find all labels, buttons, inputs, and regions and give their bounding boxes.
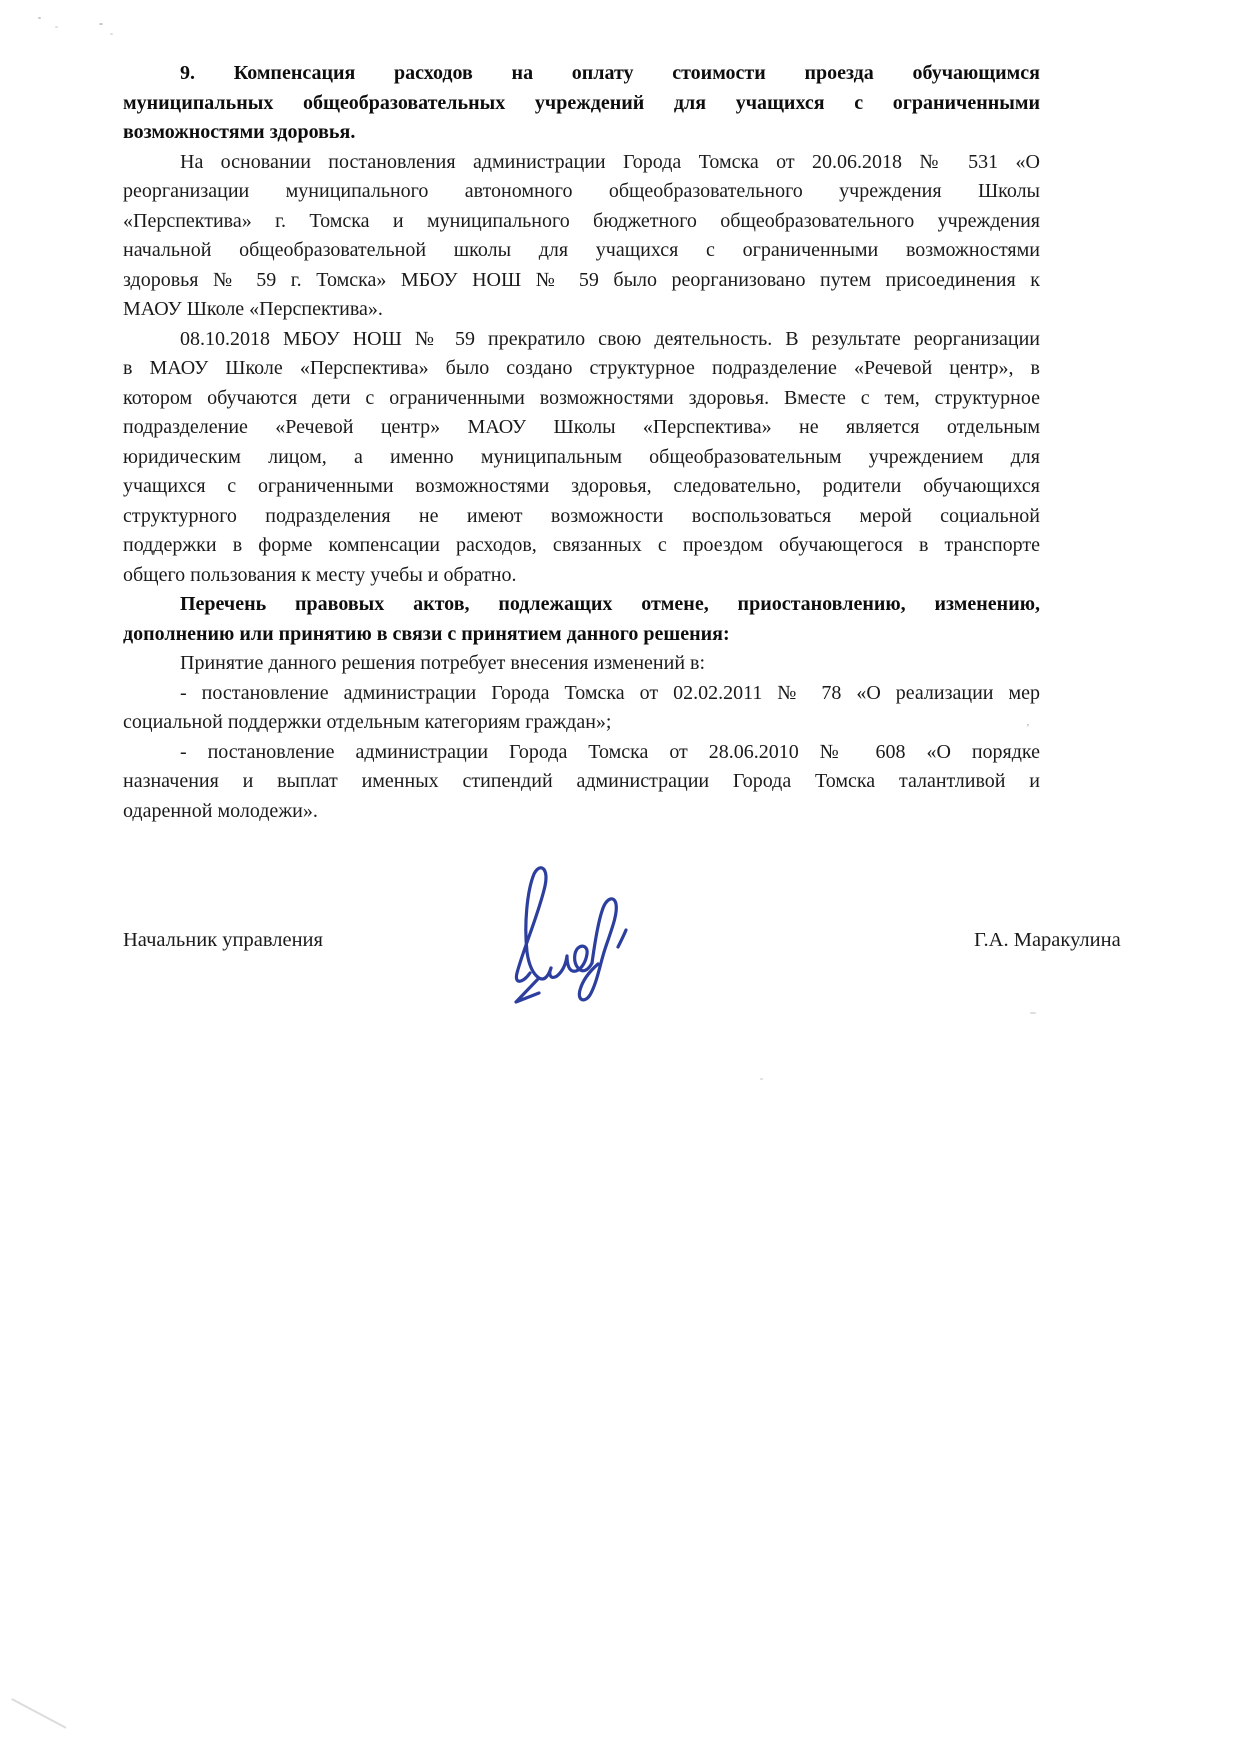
text-line: назначения и выплат именных стипендий ад… [123, 767, 1040, 797]
text-line: Перечень правовых актов, подлежащих отме… [123, 590, 1040, 620]
text-line: поддержки в форме компенсации расходов, … [123, 531, 1040, 561]
text-line: здоровья № 59 г. Томска» МБОУ НОШ № 59 б… [123, 266, 1040, 296]
signatory-position: Начальник управления [123, 929, 323, 952]
text-line: муниципальных общеобразовательных учрежд… [123, 89, 1040, 119]
scan-artifact [760, 1078, 763, 1080]
signatory-name: Г.А. Маракулина [974, 929, 1121, 952]
text-line: 9. Компенсация расходов на оплату стоимо… [123, 59, 1040, 89]
scan-artifact [1030, 1012, 1036, 1014]
scan-artifact [38, 17, 41, 19]
text-line: «Перспектива» г. Томска и муниципального… [123, 207, 1040, 237]
scan-artifact [55, 26, 58, 28]
text-line: учащихся с ограниченными возможностями з… [123, 472, 1040, 502]
text-line: подразделение «Речевой центр» МАОУ Школы… [123, 413, 1040, 443]
paragraph: 9. Компенсация расходов на оплату стоимо… [123, 59, 1040, 148]
signature-stroke-middle [550, 946, 592, 977]
paragraph: Принятие данного решения потребует внесе… [123, 649, 1040, 679]
text-line: 08.10.2018 МБОУ НОШ № 59 прекратило свою… [123, 325, 1040, 355]
paragraph: - постановление администрации Города Том… [123, 738, 1040, 827]
text-line: На основании постановления администрации… [123, 148, 1040, 178]
text-line: структурного подразделения не имеют возм… [123, 502, 1040, 532]
text-line: МАОУ Школе «Перспектива». [123, 295, 1040, 325]
text-line: общего пользования к месту учебы и обрат… [123, 561, 1040, 591]
text-line: Принятие данного решения потребует внесе… [123, 649, 1040, 679]
scan-artifact [11, 1698, 67, 1729]
document-text: 9. Компенсация расходов на оплату стоимо… [123, 59, 1040, 826]
scan-artifact [99, 23, 103, 25]
paragraph: - постановление администрации Города Том… [123, 679, 1040, 738]
text-line: юридическим лицом, а именно муниципальны… [123, 443, 1040, 473]
text-line: начальной общеобразовательной школы для … [123, 236, 1040, 266]
scan-artifact [110, 33, 113, 35]
scanned-document-page: 9. Компенсация расходов на оплату стоимо… [0, 0, 1240, 1753]
text-line: дополнению или принятию в связи с принят… [123, 620, 1040, 650]
paragraph: На основании постановления администрации… [123, 148, 1040, 325]
signature-stroke-tick [618, 930, 626, 947]
text-line: возможностями здоровья. [123, 118, 1040, 148]
signature-stroke-initial [516, 868, 551, 982]
text-line: котором обучаются дети с ограниченными в… [123, 384, 1040, 414]
signature-stroke-tail [579, 899, 616, 1000]
text-line: - постановление администрации Города Том… [123, 738, 1040, 768]
handwritten-signature-icon [478, 853, 654, 1005]
paragraph: Перечень правовых актов, подлежащих отме… [123, 590, 1040, 649]
paragraph: 08.10.2018 МБОУ НОШ № 59 прекратило свою… [123, 325, 1040, 591]
text-line: одаренной молодежи». [123, 797, 1040, 827]
text-line: в МАОУ Школе «Перспектива» было создано … [123, 354, 1040, 384]
text-line: реорганизации муниципального автономного… [123, 177, 1040, 207]
text-line: - постановление администрации Города Том… [123, 679, 1040, 709]
text-line: социальной поддержки отдельным категория… [123, 708, 1040, 738]
